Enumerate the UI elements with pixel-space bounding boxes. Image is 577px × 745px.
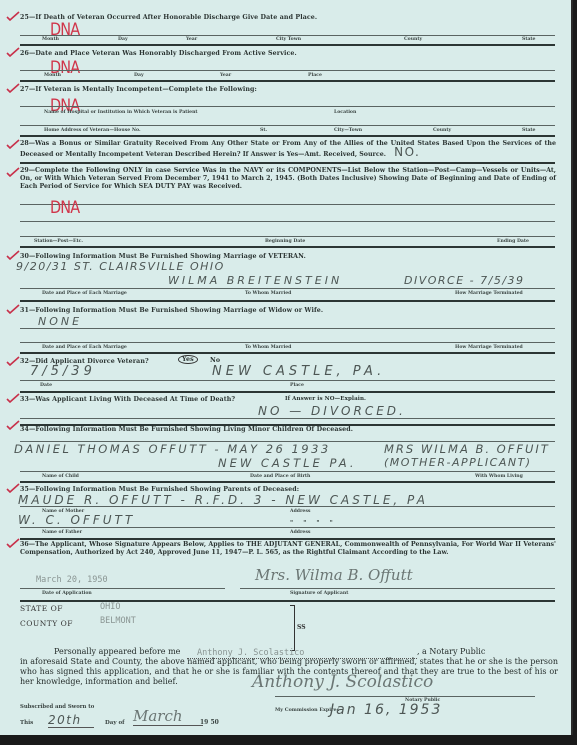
- label-place: Place: [290, 383, 304, 388]
- commission-expires-value[interactable]: Jan 16, 1953: [330, 702, 442, 718]
- q32-place[interactable]: NEW CASTLE, PA.: [212, 364, 385, 379]
- label-hospital: Name of Hospital or Institution in Which…: [44, 110, 198, 115]
- label-city-town: City Town: [276, 37, 301, 42]
- check-mark-icon: [6, 393, 20, 403]
- q35-question: 35—Following Information Must Be Furnish…: [20, 486, 299, 493]
- q33-answer[interactable]: NO — DIVORCED.: [258, 404, 406, 418]
- day-value[interactable]: 20th: [48, 713, 94, 728]
- q35-mother[interactable]: MAUDE R. OFFUTT - R.F.D. 3 - NEW CASTLE,…: [18, 493, 428, 507]
- county-value[interactable]: BELMONT: [100, 616, 136, 626]
- compensation-application-page: 25—If Death of Veteran Occurred After Ho…: [0, 0, 573, 735]
- label-ending-date: Ending Date: [497, 239, 529, 244]
- label-how-terminated: How Marriage Terminated: [455, 345, 523, 350]
- label-day: Day: [118, 37, 128, 42]
- check-mark-icon: [6, 304, 20, 314]
- label-state: State: [522, 128, 535, 133]
- q33-hint: If Answer is NO—Explain.: [285, 396, 366, 402]
- label-county: County: [404, 37, 422, 42]
- check-mark-icon: [6, 11, 20, 21]
- label-to-whom-married: To Whom Married: [245, 345, 291, 350]
- label-name-of-child: Name of Child: [42, 474, 79, 479]
- label-date-of-application: Date of Application: [42, 591, 92, 596]
- label-year: Year: [186, 37, 197, 42]
- q32-yes-option-selected[interactable]: Yes: [178, 355, 198, 364]
- q28-question: 28—Was a Bonus or Similar Gratuity Recei…: [20, 140, 556, 159]
- label-date: Date: [40, 383, 52, 388]
- check-mark-icon: [6, 83, 20, 93]
- check-mark-icon: [6, 167, 20, 177]
- label-how-terminated: How Marriage Terminated: [455, 291, 523, 296]
- check-mark-icon: [6, 47, 20, 57]
- q34-child-birthplace[interactable]: NEW CASTLE PA.: [218, 456, 357, 470]
- q35-father[interactable]: W. C. OFFUTT: [18, 513, 135, 527]
- q29-answer[interactable]: DNA: [50, 198, 79, 218]
- applicant-signature[interactable]: Mrs. Wilma B. Offutt: [255, 566, 413, 584]
- q27-question: 27—If Veteran is Mentally Incompetent—Co…: [20, 86, 257, 93]
- this-label: This: [20, 720, 33, 726]
- label-station: Station—Post—Etc.: [34, 239, 83, 244]
- subscribed-label: Subscribed and Sworn to: [20, 704, 94, 710]
- month-value[interactable]: March: [133, 707, 203, 726]
- check-mark-icon: [6, 139, 20, 149]
- label-day: Day: [134, 73, 144, 78]
- q34-question: 34—Following Information Must Be Furnish…: [20, 426, 353, 433]
- notary-signature[interactable]: Anthony J. Scolastico: [252, 672, 433, 692]
- day-of-label: Day of: [105, 720, 124, 726]
- label-name-of-father: Name of Father: [42, 530, 82, 535]
- label-location: Location: [334, 110, 356, 115]
- label-to-whom-married: To Whom Married: [245, 291, 291, 296]
- q30-to-whom[interactable]: WILMA BREITENSTEIN: [168, 274, 342, 287]
- label-home-address: Home Address of Veteran—House No.: [44, 128, 141, 133]
- label-year: Year: [220, 73, 231, 78]
- q34-living-with-1[interactable]: MRS WILMA B. OFFUIT: [384, 442, 550, 456]
- label-city-town: City—Town: [334, 128, 362, 133]
- check-mark-icon: [6, 356, 20, 366]
- label-beginning-date: Beginning Date: [265, 239, 305, 244]
- check-mark-icon: [6, 483, 20, 493]
- label-date-place-marriage: Date and Place of Each Marriage: [42, 345, 127, 350]
- q30-how-terminated[interactable]: DIVORCE - 7/5/39: [404, 274, 525, 287]
- label-county: County: [433, 128, 451, 133]
- label-street: St.: [260, 128, 267, 133]
- label-month: Month: [44, 73, 61, 78]
- year-value[interactable]: 19 50: [200, 719, 219, 726]
- label-month: Month: [42, 37, 59, 42]
- label-place: Place: [308, 73, 322, 78]
- label-with-whom-living: With Whom Living: [475, 474, 523, 479]
- q29-question: 29—Complete the Following ONLY in case S…: [20, 167, 556, 191]
- q32-date[interactable]: 7/5/39: [30, 364, 96, 379]
- check-mark-icon: [6, 420, 20, 430]
- date-of-application[interactable]: March 20, 1950: [36, 575, 108, 585]
- label-address: Address: [290, 509, 311, 514]
- label-signature-of-applicant: Signature of Applicant: [290, 591, 348, 596]
- q34-child-name-dob[interactable]: DANIEL THOMAS OFFUTT - MAY 26 1933: [14, 442, 331, 456]
- label-state: State: [522, 37, 535, 42]
- check-mark-icon: [6, 250, 20, 260]
- label-date-place-birth: Date and Place of Birth: [250, 474, 310, 479]
- state-value[interactable]: OHIO: [100, 602, 120, 612]
- q28-answer[interactable]: NO.: [394, 145, 420, 159]
- q31-answer[interactable]: NONE: [38, 315, 82, 328]
- q32-no-option[interactable]: No: [210, 357, 220, 364]
- q31-question: 31—Following Information Must Be Furnish…: [20, 307, 323, 314]
- state-of-label: STATE OF: [20, 604, 63, 613]
- q34-living-with-2[interactable]: (MOTHER-APPLICANT): [384, 456, 532, 469]
- ss-label: SS: [297, 624, 306, 631]
- q30-date-place[interactable]: 9/20/31 ST. CLAIRSVILLE OHIO: [16, 260, 225, 273]
- q35-father-address[interactable]: " " " ": [290, 520, 337, 527]
- q30-question: 30—Following Information Must Be Furnish…: [20, 253, 306, 260]
- bracket: [290, 605, 295, 651]
- county-of-label: COUNTY OF: [20, 619, 73, 628]
- label-date-place-marriage: Date and Place of Each Marriage: [42, 291, 127, 296]
- q36-statement: 36—The Applicant, Whose Signature Appear…: [20, 541, 556, 557]
- q26-question: 26—Date and Place Veteran Was Honorably …: [20, 50, 297, 57]
- check-mark-icon: [6, 538, 20, 548]
- q33-question: 33—Was Applicant Living With Deceased At…: [20, 396, 235, 403]
- label-address: Address: [290, 530, 311, 535]
